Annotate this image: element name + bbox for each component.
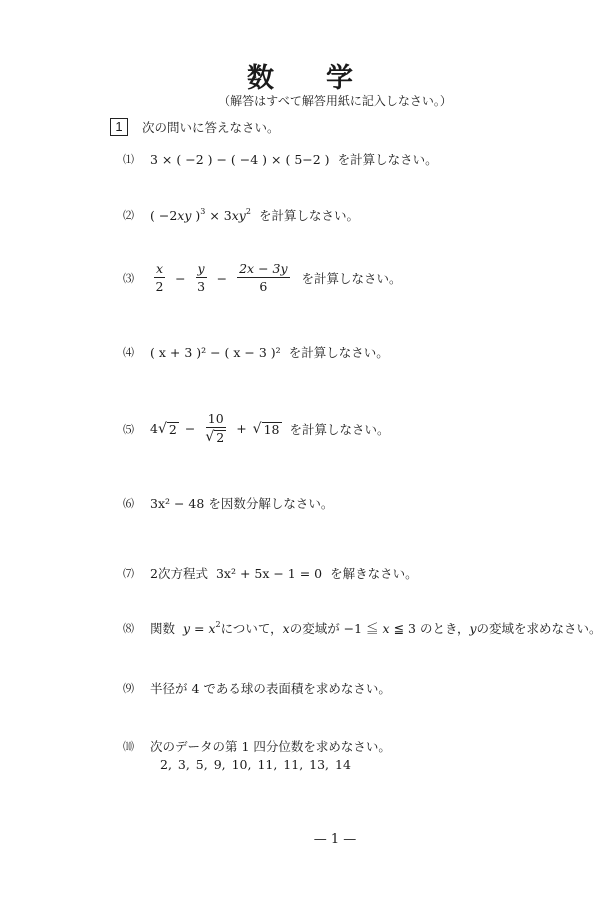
title-char-2: 学 (326, 56, 353, 95)
question-text: 半径が 4 である球の表面積を求めなさい。 (150, 679, 391, 697)
question-label: ⑹ (123, 495, 150, 511)
fraction: 10√2 (205, 412, 226, 445)
question-10: ⑽ 次のデータの第 1 四分位数を求めなさい。 (123, 737, 391, 755)
fraction: x2 (154, 262, 165, 294)
question-expression: 3 × ( −2 ) − ( −4 ) × ( 5−2 ) (150, 152, 330, 167)
section-heading-text: 次の問いに答えなさい。 (142, 118, 280, 136)
question-instruction: を計算しなさい。 (290, 420, 390, 438)
question-7: ⑺ 2次方程式 3x² + 5x − 1 = 0 を解きなさい。 (123, 564, 418, 582)
fraction: y3 (196, 262, 207, 294)
page-number: — 1 — (0, 832, 600, 847)
question-instruction: を因数分解しなさい。 (208, 494, 333, 512)
question-text: 次のデータの第 1 四分位数を求めなさい。 (150, 737, 391, 755)
instruction-note: （解答はすべて解答用紙に記入しなさい。） (0, 92, 600, 109)
question-label: ⑶ (123, 270, 150, 286)
question-expression: ( −2xy )3 × 3xy2 (150, 207, 251, 223)
question-expression: x2 − y3 − 2x − 3y6 (150, 262, 294, 294)
question-9: ⑼ 半径が 4 である球の表面積を求めなさい。 (123, 679, 391, 697)
question-instruction: を計算しなさい。 (259, 206, 359, 224)
fraction: 2x − 3y6 (237, 262, 289, 294)
question-expression: 4 √2 − 10√2 + √18 (150, 412, 282, 445)
question-8: ⑻ 関数 y = x2について，xの変域が −1 ≦ x ≦ 3 のとき，yの変… (123, 619, 600, 637)
page-title: 数学 (0, 56, 600, 95)
title-char-1: 数 (247, 56, 274, 95)
sqrt: √18 (253, 421, 282, 437)
question-5: ⑸ 4 √2 − 10√2 + √18 を計算しなさい。 (123, 412, 390, 445)
question-prefix: 2次方程式 (150, 564, 208, 582)
question-4: ⑷ ( x + 3 )² − ( x − 3 )² を計算しなさい。 (123, 343, 389, 361)
question-label: ⑼ (123, 680, 150, 696)
question-label: ⑽ (123, 738, 150, 754)
sqrt: √2 (158, 421, 179, 437)
question-instruction: を解きなさい。 (330, 564, 418, 582)
question-instruction: を計算しなさい。 (289, 343, 389, 361)
question-2: ⑵ ( −2xy )3 × 3xy2 を計算しなさい。 (123, 206, 359, 224)
question-text: 関数 y = x2について，xの変域が −1 ≦ x ≦ 3 のとき，yの変域を… (150, 619, 600, 637)
question-label: ⑵ (123, 207, 150, 223)
question-expression: 3x² − 48 (150, 496, 204, 511)
question-label: ⑺ (123, 565, 150, 581)
section-heading: 1 次の問いに答えなさい。 (110, 118, 280, 136)
question-label: ⑻ (123, 620, 150, 636)
question-instruction: を計算しなさい。 (302, 269, 402, 287)
question-label: ⑸ (123, 421, 150, 437)
question-label: ⑷ (123, 344, 150, 360)
question-1: ⑴ 3 × ( −2 ) − ( −4 ) × ( 5−2 ) を計算しなさい。 (123, 150, 438, 168)
question-instruction: を計算しなさい。 (338, 150, 438, 168)
section-number-box: 1 (110, 118, 128, 136)
question-label: ⑴ (123, 151, 150, 167)
question-3: ⑶ x2 − y3 − 2x − 3y6 を計算しなさい。 (123, 262, 402, 294)
question-6: ⑹ 3x² − 48 を因数分解しなさい。 (123, 494, 333, 512)
question-10-data: 2, 3, 5, 9, 10, 11, 11, 13, 14 (160, 757, 351, 772)
question-expression: ( x + 3 )² − ( x − 3 )² (150, 345, 281, 360)
question-expression: 3x² + 5x − 1 = 0 (216, 566, 322, 581)
